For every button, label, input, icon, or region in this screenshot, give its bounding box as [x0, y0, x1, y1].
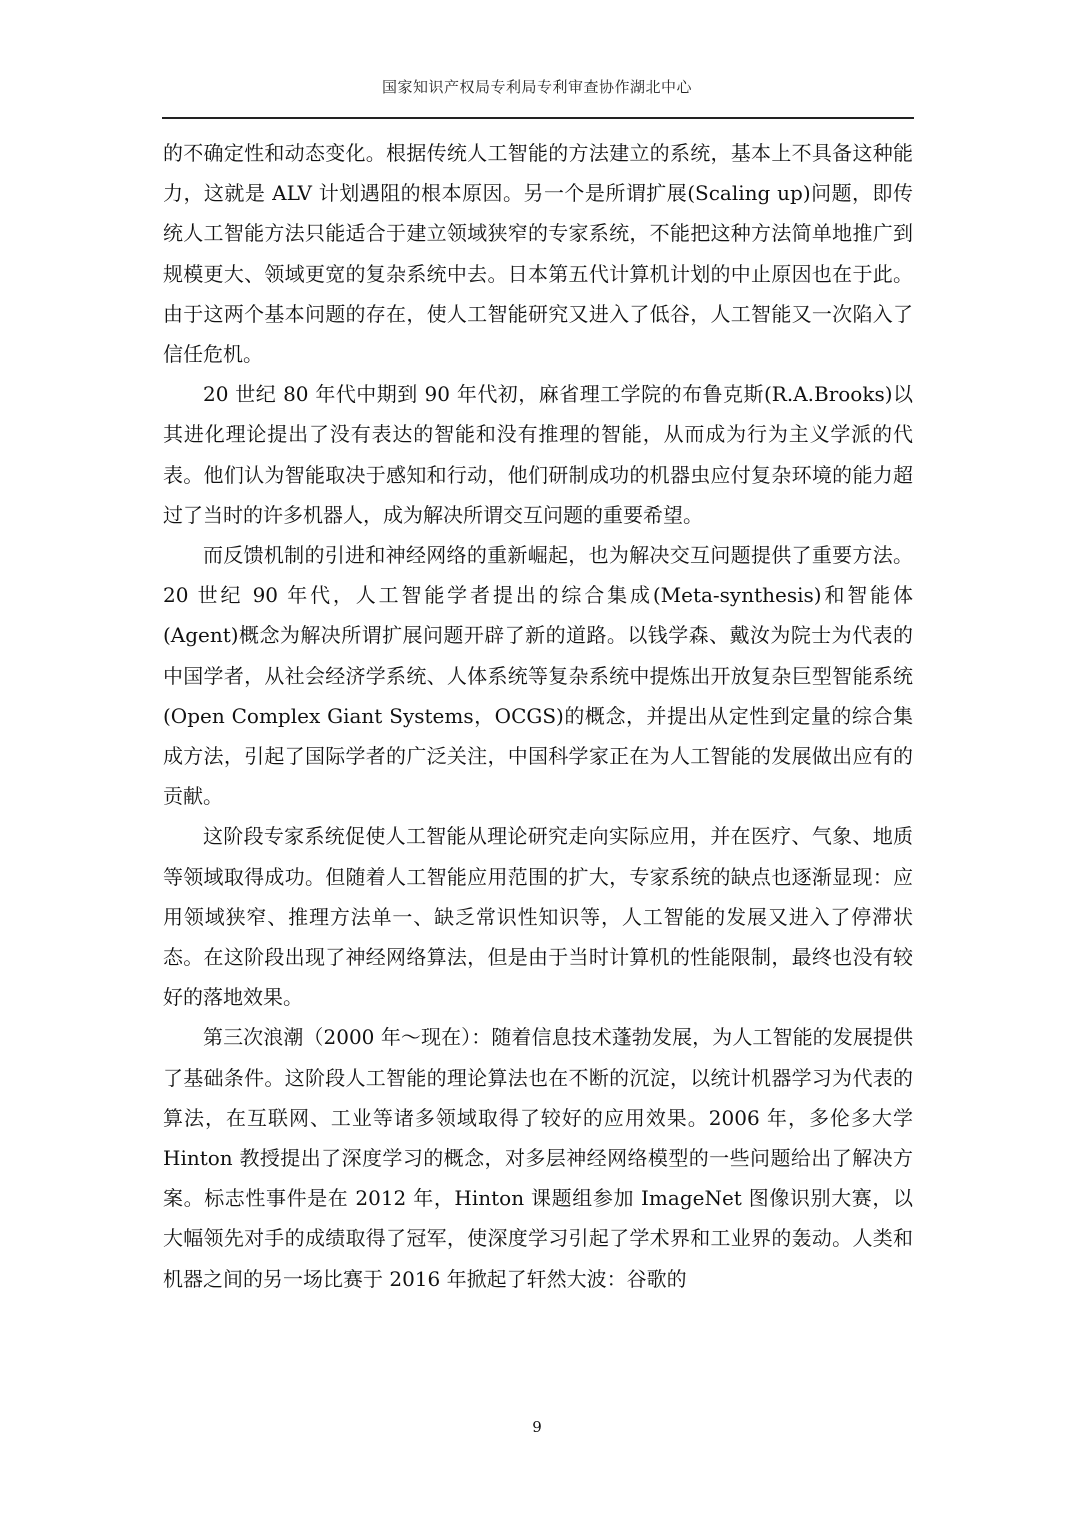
page-number: 9: [0, 1418, 1074, 1436]
header-rule: [162, 117, 914, 119]
paragraph: 而反馈机制的引进和神经网络的重新崛起，也为解决交互问题提供了重要方法。20 世纪…: [163, 535, 913, 816]
paragraph: 这阶段专家系统促使人工智能从理论研究走向实际应用，并在医疗、气象、地质等领域取得…: [163, 816, 913, 1017]
document-body: 的不确定性和动态变化。根据传统人工智能的方法建立的系统，基本上不具备这种能力，这…: [163, 133, 913, 1299]
paragraph: 的不确定性和动态变化。根据传统人工智能的方法建立的系统，基本上不具备这种能力，这…: [163, 133, 913, 374]
paragraph: 20 世纪 80 年代中期到 90 年代初，麻省理工学院的布鲁克斯(R.A.Br…: [163, 374, 913, 535]
running-header: 国家知识产权局专利局专利审查协作湖北中心: [0, 76, 1074, 97]
paragraph: 第三次浪潮（2000 年～现在）：随着信息技术蓬勃发展，为人工智能的发展提供了基…: [163, 1017, 913, 1298]
